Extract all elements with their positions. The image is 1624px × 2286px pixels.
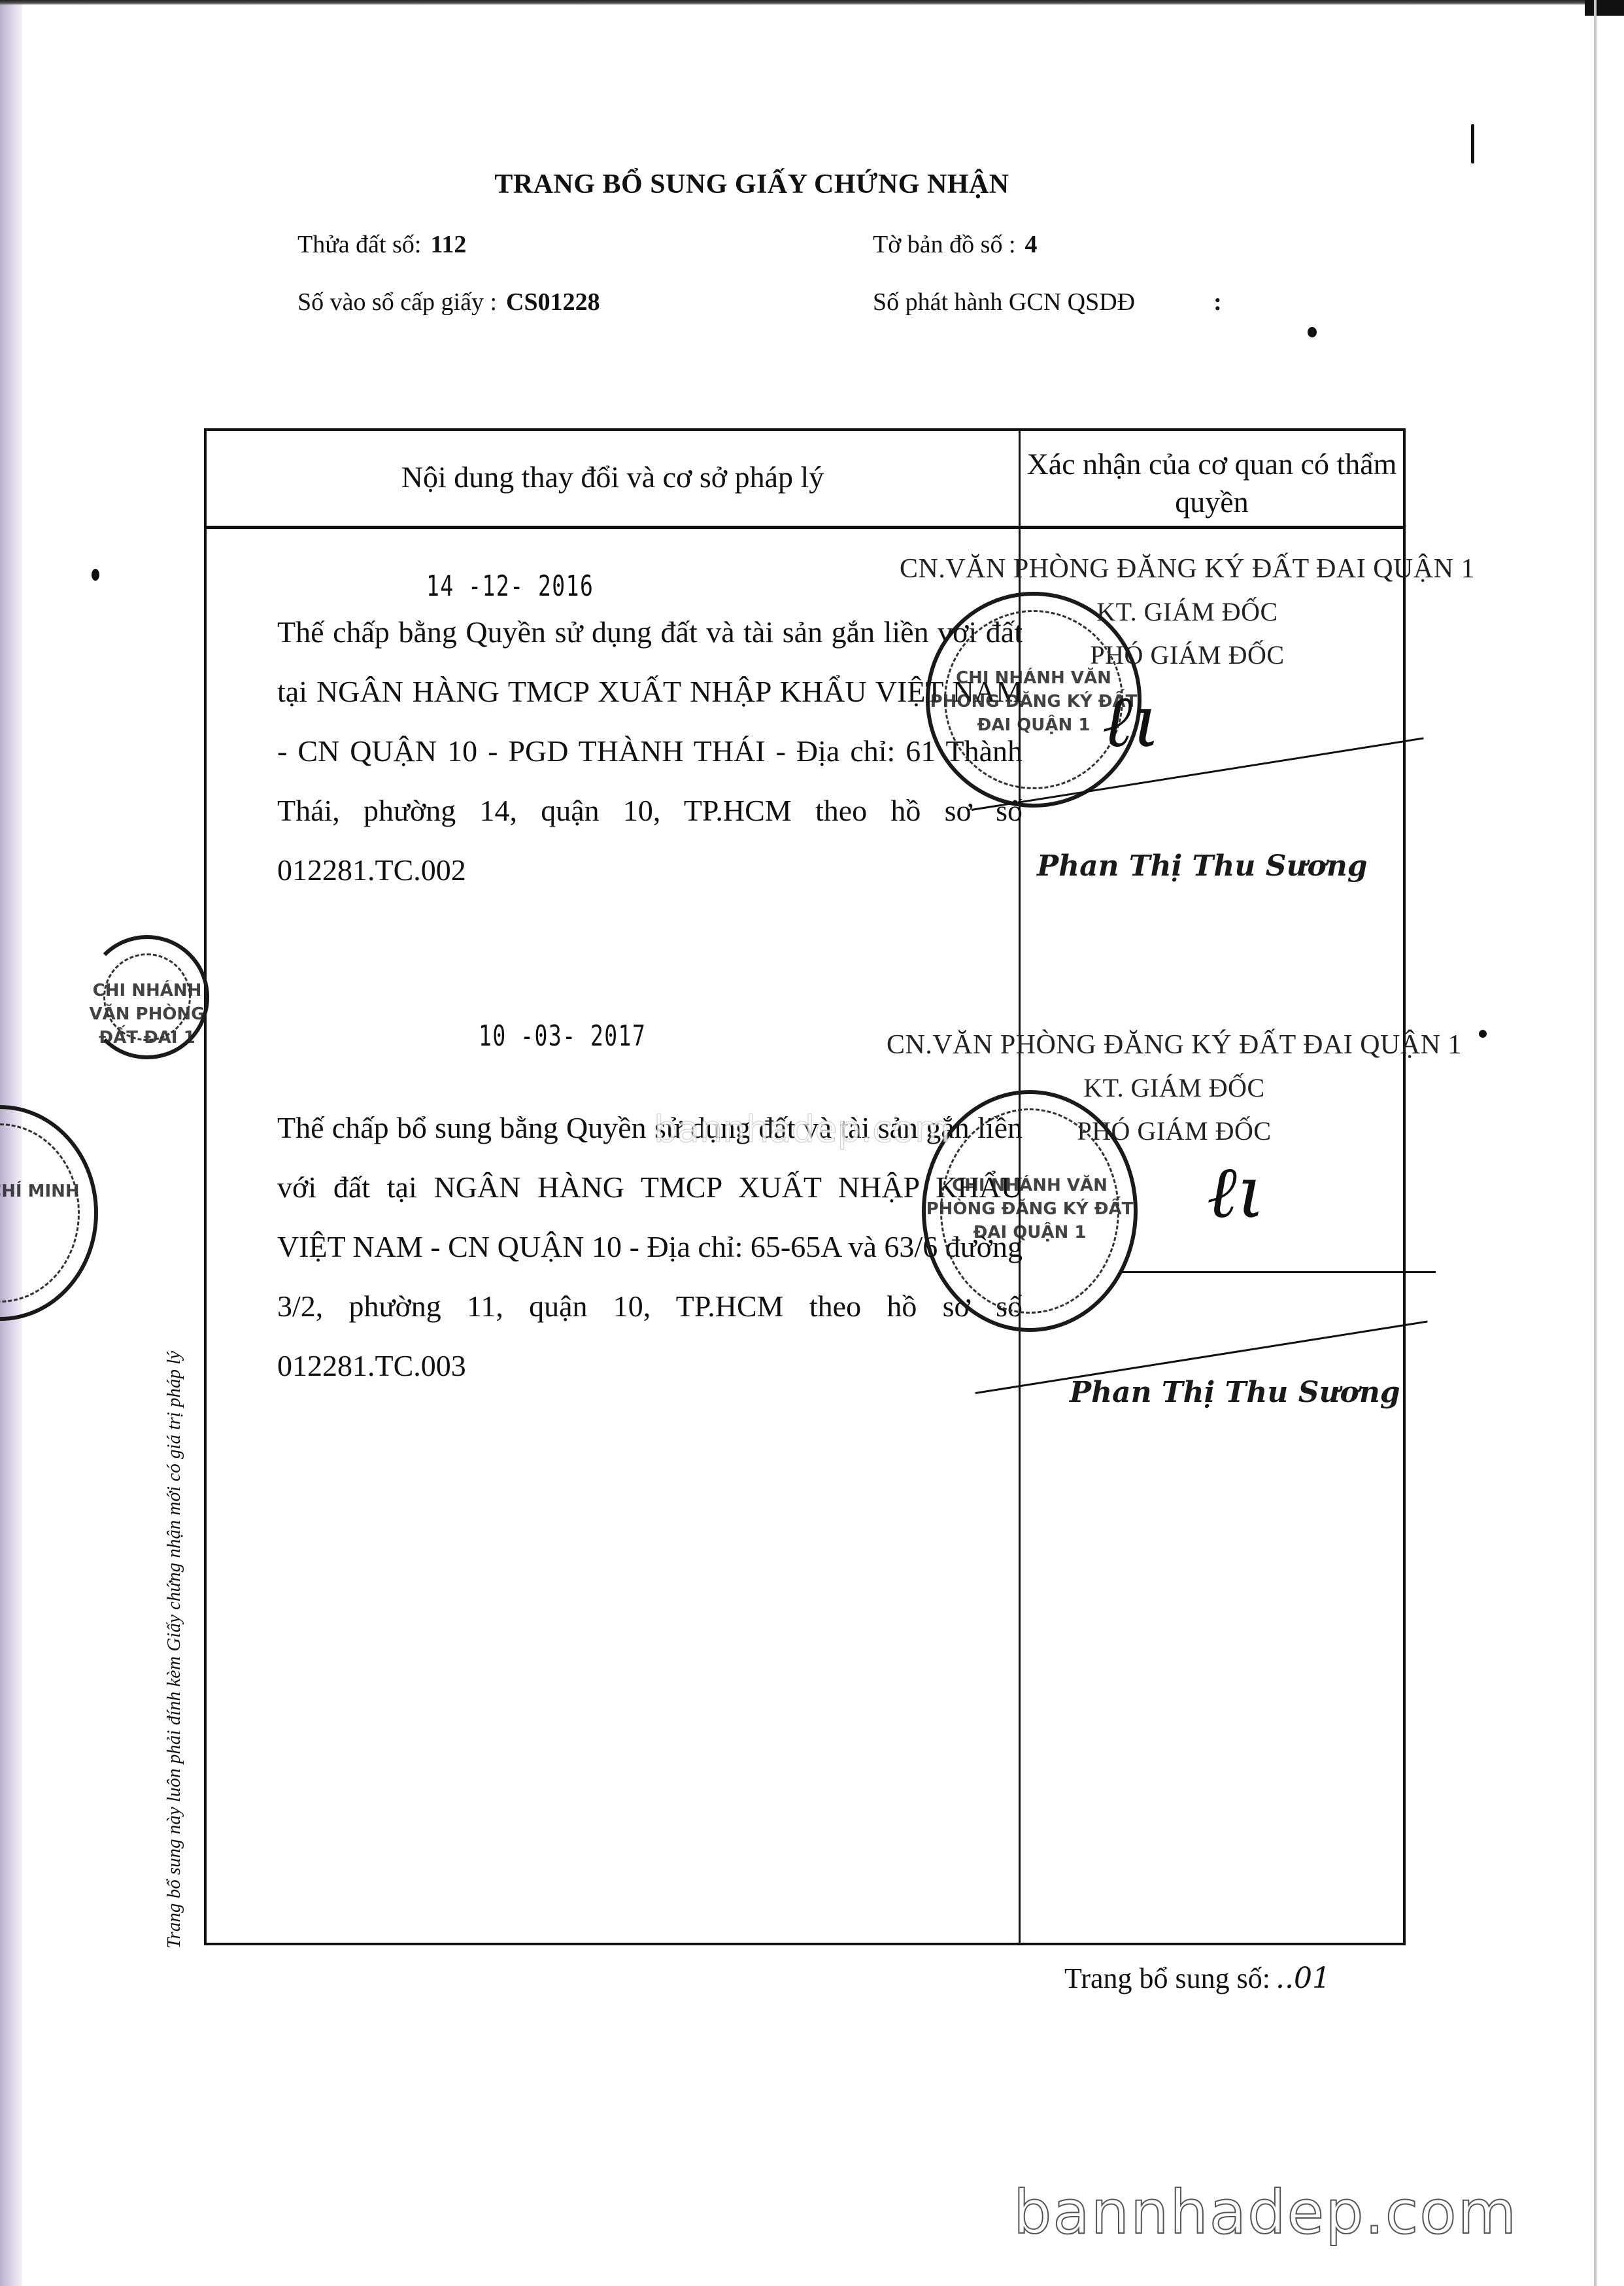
watermark-faint: bannhadep.com	[654, 1108, 951, 1151]
changes-table: Nội dung thay đổi và cơ sở pháp lý Xác n…	[204, 428, 1406, 1945]
map-sheet-value: 4	[1025, 231, 1038, 258]
agency-name: CN.VĂN PHÒNG ĐĂNG KÝ ĐẤT ĐAI QUẬN 1	[887, 1023, 1462, 1066]
scan-speck	[1308, 327, 1317, 337]
issue-number: Số phát hành GCN QSDĐ:	[873, 288, 1222, 316]
signer-name: Phan Thị Thu Sương	[1070, 1376, 1400, 1409]
watermark: bannhadep.com	[1013, 2177, 1517, 2247]
signature-scribble: ℓι	[1207, 1150, 1265, 1235]
entry-date: 14 -12- 2016	[426, 570, 594, 603]
header-changes: Nội dung thay đổi và cơ sở pháp lý	[207, 458, 1019, 496]
agency-name: CN.VĂN PHÒNG ĐĂNG KÝ ĐẤT ĐAI QUẬN 1	[900, 547, 1475, 590]
scan-edge-right	[1594, 0, 1597, 2286]
signature-scribble: ℓι	[1102, 679, 1160, 764]
scan-speck	[92, 569, 99, 581]
scan-speck	[1471, 124, 1474, 163]
side-note: Trang bổ sung này luôn phải đính kèm Giấ…	[163, 1177, 185, 1949]
edge-seal-lower: T.P HỒ CHÍ MINH	[0, 1105, 98, 1321]
parcel-number: Thửa đất số:112	[297, 230, 466, 259]
page-number-label: Trang bổ sung số:	[1064, 1962, 1270, 1994]
header-confirmation: Xác nhận của cơ quan có thẩm quyền	[1021, 445, 1403, 521]
signer-name: Phan Thị Thu Sương	[1037, 849, 1368, 883]
entry-date: 10 -03- 2017	[479, 1019, 646, 1053]
supplement-page-number: Trang bổ sung số:..01	[1064, 1962, 1330, 1995]
scan-corner	[1585, 0, 1624, 16]
scan-edge-top	[0, 0, 1624, 5]
registry-number: Số vào sổ cấp giấy :CS01228	[297, 288, 600, 316]
edge-seal-upper: CHI NHÁNH VĂN PHÒNG ĐẤT ĐAI 1	[85, 935, 209, 1059]
parcel-value: 112	[430, 231, 466, 258]
parcel-label: Thửa đất số:	[297, 231, 421, 258]
signature-stroke	[1122, 1271, 1436, 1273]
registry-label: Số vào sổ cấp giấy :	[297, 288, 497, 316]
seal-text: CHI NHÁNH VĂN PHÒNG ĐĂNG KÝ ĐẤT ĐAI QUẬN…	[926, 1174, 1134, 1244]
edge-seal-lower-text: T.P HỒ CHÍ MINH	[0, 1180, 94, 1203]
scan-speck	[1479, 1030, 1487, 1038]
authority-title: KT. GIÁM ĐỐC	[887, 1066, 1462, 1110]
map-sheet-label: Tờ bản đồ số :	[873, 231, 1016, 258]
header-confirmation-text: Xác nhận của cơ quan có thẩm quyền	[1027, 447, 1397, 519]
page-number-value: ..01	[1276, 1962, 1330, 1995]
issue-value: :	[1213, 288, 1222, 316]
issue-label: Số phát hành GCN QSDĐ	[873, 288, 1135, 316]
map-sheet-number: Tờ bản đồ số :4	[873, 230, 1038, 259]
document-title: TRANG BỔ SUNG GIẤY CHỨNG NHẬN	[0, 169, 1504, 200]
edge-seal-upper-text: CHI NHÁNH VĂN PHÒNG ĐẤT ĐAI 1	[89, 979, 205, 1049]
registry-value: CS01228	[506, 288, 600, 316]
official-seal: CHI NHÁNH VĂN PHÒNG ĐĂNG KÝ ĐẤT ĐAI QUẬN…	[922, 1090, 1138, 1332]
